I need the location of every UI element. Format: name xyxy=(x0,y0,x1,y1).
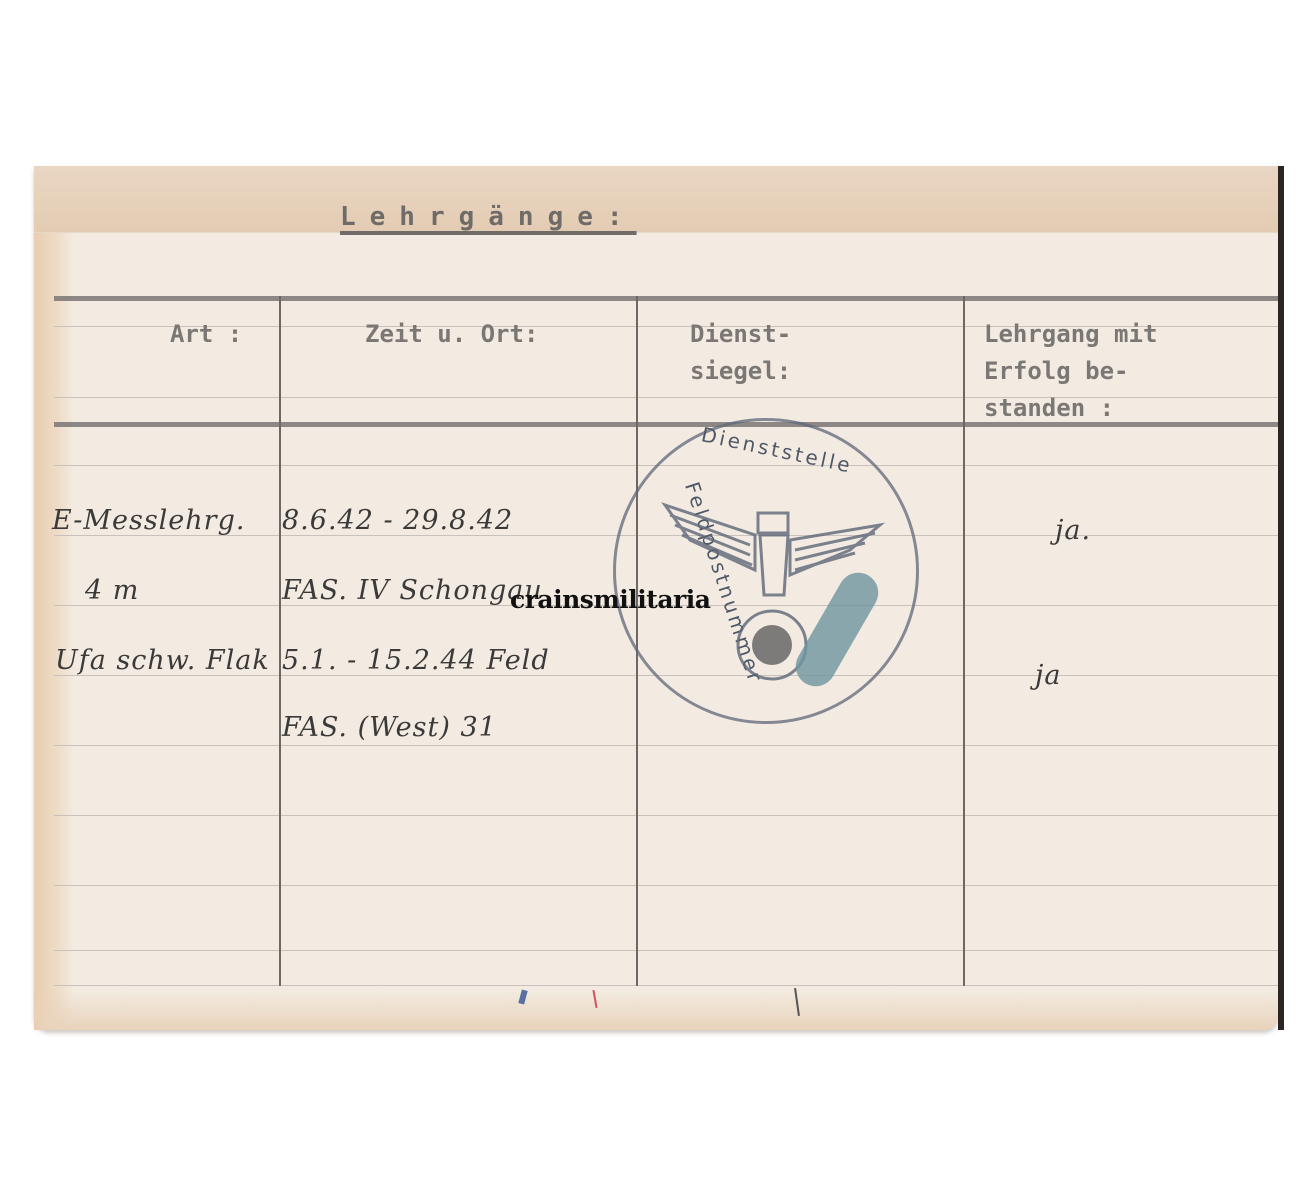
page-edge xyxy=(1278,166,1284,1030)
row-2-zeit-ort: FAS. IV Schongau xyxy=(282,575,543,606)
column-header-bestanden-3: standen : xyxy=(984,390,1114,427)
column-header-bestanden-2: Erfolg be- xyxy=(984,353,1129,390)
row-1-art: E-Messlehrg. xyxy=(52,505,245,536)
row-1-zeit-ort: 8.6.42 - 29.8.42 xyxy=(282,505,513,536)
table-top-rule xyxy=(54,296,1278,301)
column-header-dienstsiegel-1: Dienst- xyxy=(690,316,791,353)
ruled-line xyxy=(54,815,1278,816)
row-3-zeit-ort: 5.1. - 15.2.44 Feld xyxy=(282,645,550,676)
ruled-line xyxy=(54,745,1278,746)
column-header-dienstsiegel-2: siegel: xyxy=(690,353,791,390)
column-header-art: Art : xyxy=(170,316,242,353)
row-3-bestanden: ja xyxy=(1035,660,1061,691)
column-header-zeit-ort: Zeit u. Ort: xyxy=(365,316,538,353)
column-divider xyxy=(963,296,965,986)
row-4-zeit-ort: FAS. (West) 31 xyxy=(282,712,497,743)
ruled-line xyxy=(54,885,1278,886)
ruled-line xyxy=(54,985,1278,986)
row-2-art: 4 m xyxy=(85,575,139,606)
row-1-bestanden: ja. xyxy=(1055,515,1091,546)
age-stain-bottom xyxy=(34,990,1278,1030)
column-divider xyxy=(279,296,281,986)
ruled-line xyxy=(54,950,1278,951)
page-title: Lehrgänge: xyxy=(340,202,637,232)
watermark: crainsmilitaria xyxy=(510,585,710,614)
row-3-art: Ufa schw. Flak xyxy=(55,645,270,676)
protective-sleeve-band xyxy=(34,166,1278,233)
column-header-bestanden-1: Lehrgang mit xyxy=(984,316,1157,353)
